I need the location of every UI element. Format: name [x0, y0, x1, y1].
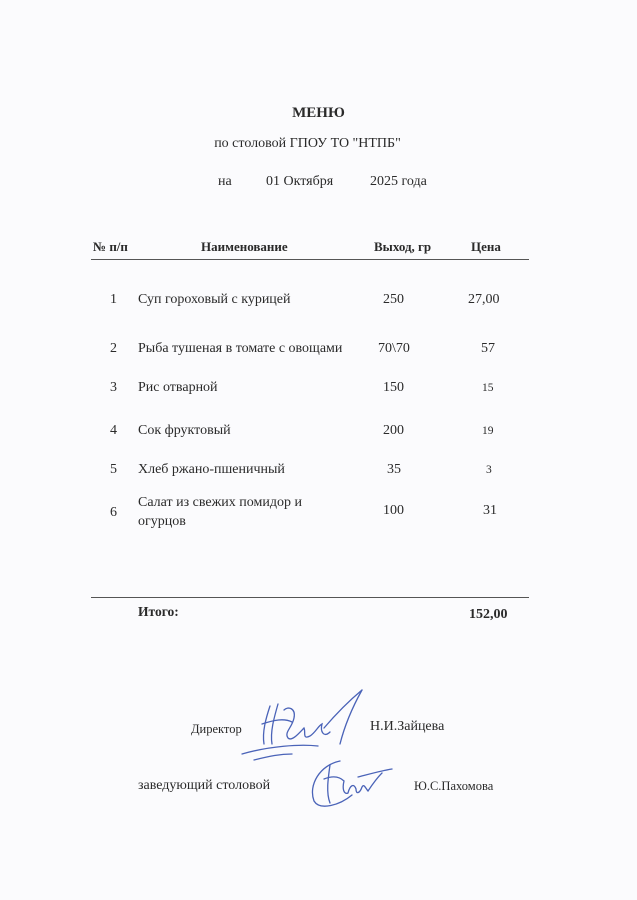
document-subtitle: по столовой ГПОУ ТО "НТПБ" — [0, 136, 615, 152]
date-day-month: 01 Октября — [266, 174, 333, 190]
column-header-name: Наименование — [201, 239, 288, 255]
row-name: Рис отварной — [138, 380, 218, 396]
row-name: Сок фруктовый — [138, 423, 231, 439]
column-header-yield: Выход, гр — [374, 239, 431, 255]
row-number: 2 — [110, 341, 117, 357]
row-yield: 70\70 — [378, 341, 410, 357]
row-number: 1 — [110, 292, 117, 308]
row-price: 15 — [482, 382, 494, 394]
manager-name: Ю.С.Пахомова — [414, 779, 493, 794]
date-year: 2025 года — [370, 174, 427, 190]
row-number: 4 — [110, 423, 117, 439]
row-number: 6 — [110, 505, 117, 521]
row-name-line1: Салат из свежих помидор и — [138, 495, 302, 511]
row-price: 27,00 — [468, 292, 500, 308]
manager-label: заведующий столовой — [138, 778, 270, 794]
row-yield: 200 — [383, 423, 404, 439]
row-number: 5 — [110, 462, 117, 478]
total-label: Итого: — [138, 604, 179, 620]
manager-signature — [300, 755, 400, 815]
row-price: 31 — [483, 503, 497, 519]
row-price: 3 — [486, 464, 492, 476]
row-yield: 250 — [383, 292, 404, 308]
row-name: Рыба тушеная в томате с овощами — [138, 341, 342, 357]
header-divider — [91, 259, 529, 260]
total-value: 152,00 — [469, 607, 508, 623]
date-prefix: на — [218, 174, 232, 190]
row-price: 57 — [481, 341, 495, 357]
row-yield: 150 — [383, 380, 404, 396]
row-price: 19 — [482, 425, 494, 437]
director-signature — [240, 688, 365, 763]
document-title: МЕНЮ — [0, 105, 637, 122]
row-number: 3 — [110, 380, 117, 396]
row-name-line2: огурцов — [138, 514, 186, 530]
director-label: Директор — [191, 722, 242, 737]
row-name: Суп гороховый с курицей — [138, 292, 291, 308]
row-yield: 35 — [387, 462, 401, 478]
column-header-price: Цена — [471, 239, 501, 255]
director-name: Н.И.Зайцева — [370, 719, 444, 735]
row-yield: 100 — [383, 503, 404, 519]
row-name: Хлеб ржано-пшеничный — [138, 462, 285, 478]
total-divider — [91, 597, 529, 598]
column-header-number: № п/п — [93, 239, 128, 255]
